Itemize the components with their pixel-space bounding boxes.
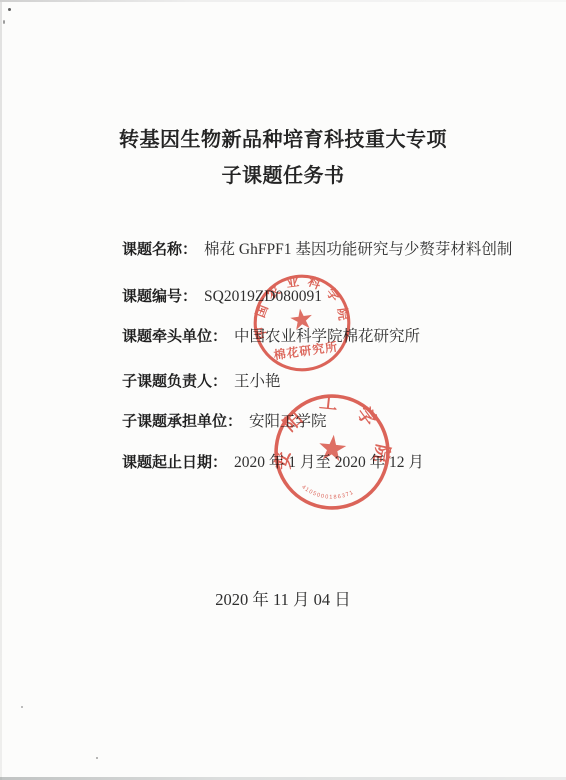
document-title-line2: 子课题任务书: [0, 158, 566, 194]
star-icon: [289, 307, 314, 331]
scan-speck: [8, 8, 11, 11]
seal-graphic: 中国农业科学院 棉花研究所: [243, 264, 360, 381]
seal-code-text: 4105000186371: [299, 484, 355, 503]
star-icon: [318, 433, 348, 461]
field-label: 子课题承担单位：: [122, 413, 242, 430]
seal-arc-text: 安阳工学院: [269, 386, 399, 482]
field-label: 子课题负责人：: [122, 373, 227, 390]
scanned-document-page: 转基因生物新品种培育科技重大专项 子课题任务书 课题名称：棉花 GhFPF1 基…: [0, 0, 566, 780]
subtask-unit-official-seal: 安阳工学院 4105000186371: [265, 385, 399, 519]
scan-edge-top: [0, 0, 566, 2]
scan-edge-left: [0, 0, 2, 780]
scan-speck: [96, 757, 98, 759]
field-label: 课题编号：: [122, 288, 197, 305]
seal-arc-text: 中国农业科学院: [246, 268, 352, 340]
scan-speck: [3, 20, 5, 24]
scan-speck: [21, 706, 23, 708]
seal-graphic: 安阳工学院 4105000186371: [265, 385, 399, 519]
field-label: 课题名称：: [122, 241, 197, 258]
issue-date: 2020 年 11 月 04 日: [0, 586, 566, 610]
field-label: 课题起止日期：: [122, 454, 227, 471]
document-title: 转基因生物新品种培育科技重大专项 子课题任务书: [0, 122, 566, 194]
lead-unit-official-seal: 中国农业科学院 棉花研究所: [243, 264, 360, 381]
field-project-name: 课题名称：棉花 GhFPF1 基因功能研究与少赘芽材料创制: [122, 240, 512, 260]
field-value: 棉花 GhFPF1 基因功能研究与少赘芽材料创制: [204, 241, 512, 258]
seal-bottom-text: 棉花研究所: [273, 339, 339, 363]
document-title-line1: 转基因生物新品种培育科技重大专项: [0, 122, 566, 158]
field-label: 课题牵头单位：: [122, 328, 227, 345]
